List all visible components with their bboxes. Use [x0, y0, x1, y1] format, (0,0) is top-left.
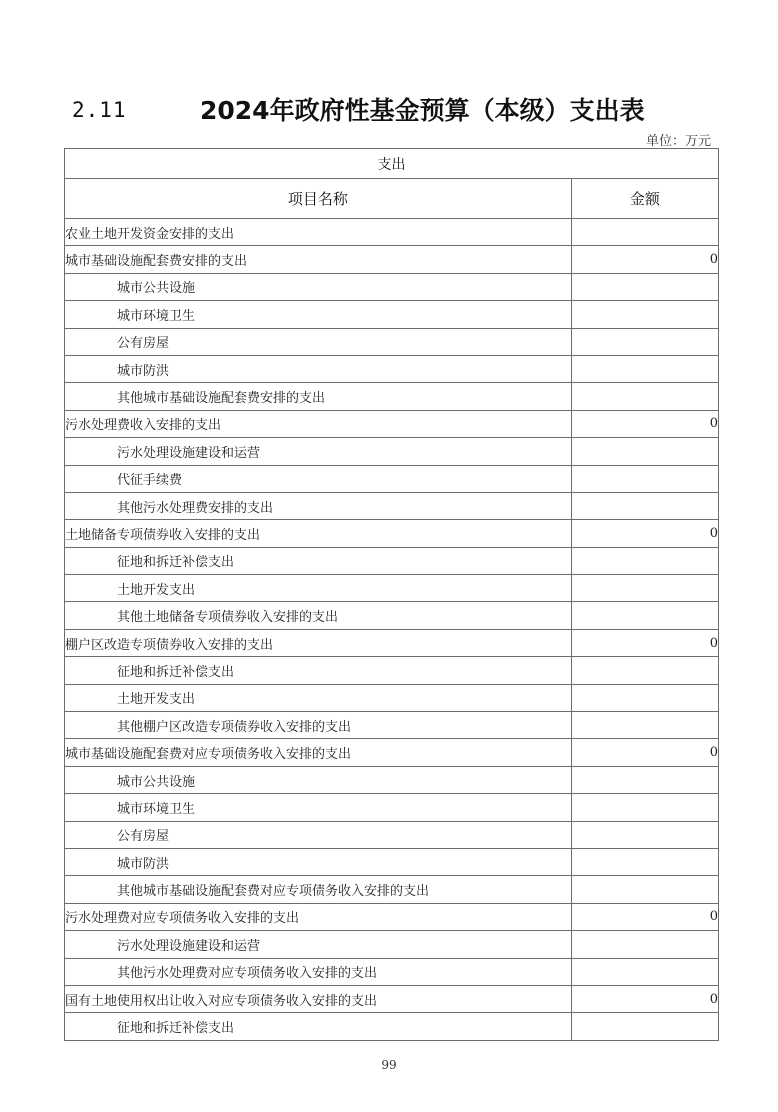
amount-cell [571, 383, 718, 410]
amount-cell [571, 958, 718, 985]
amount-cell: 0 [571, 410, 718, 437]
item-name-cell: 土地开发支出 [65, 575, 572, 602]
item-name-cell: 征地和拆迁补偿支出 [65, 1013, 572, 1040]
column-header-item-name: 项目名称 [65, 179, 572, 219]
table-row: 城市环境卫生 [65, 301, 719, 328]
item-name-cell: 其他土地储备专项债券收入安排的支出 [65, 602, 572, 629]
amount-cell [571, 848, 718, 875]
amount-cell: 0 [571, 246, 718, 273]
item-name-cell: 污水处理费对应专项债务收入安排的支出 [65, 903, 572, 930]
table-row: 城市基础设施配套费对应专项债务收入安排的支出0 [65, 739, 719, 766]
table-row: 征地和拆迁补偿支出 [65, 547, 719, 574]
item-name-cell: 其他城市基础设施配套费对应专项债务收入安排的支出 [65, 876, 572, 903]
table-row: 城市防洪 [65, 355, 719, 382]
amount-cell [571, 602, 718, 629]
table-row: 城市防洪 [65, 848, 719, 875]
amount-cell [571, 492, 718, 519]
item-name-cell: 污水处理费收入安排的支出 [65, 410, 572, 437]
item-name-cell: 代征手续费 [65, 465, 572, 492]
amount-cell [571, 931, 718, 958]
amount-cell: 0 [571, 739, 718, 766]
item-name-cell: 城市防洪 [65, 848, 572, 875]
amount-cell [571, 657, 718, 684]
table-row: 土地储备专项债券收入安排的支出0 [65, 520, 719, 547]
table-row: 其他污水处理费对应专项债务收入安排的支出 [65, 958, 719, 985]
item-name-cell: 城市公共设施 [65, 273, 572, 300]
table-row: 其他城市基础设施配套费安排的支出 [65, 383, 719, 410]
table-row: 污水处理费对应专项债务收入安排的支出0 [65, 903, 719, 930]
page-title: 2024年政府性基金预算（本级）支出表 [200, 91, 650, 127]
item-name-cell: 其他棚户区改造专项债券收入安排的支出 [65, 712, 572, 739]
table-row: 城市环境卫生 [65, 794, 719, 821]
amount-cell [571, 876, 718, 903]
amount-cell [571, 301, 718, 328]
table-row: 污水处理费收入安排的支出0 [65, 410, 719, 437]
table-row: 农业土地开发资金安排的支出 [65, 219, 719, 246]
table-row: 棚户区改造专项债券收入安排的支出0 [65, 629, 719, 656]
table-row: 征地和拆迁补偿支出 [65, 657, 719, 684]
item-name-cell: 污水处理设施建设和运营 [65, 438, 572, 465]
amount-cell [571, 684, 718, 711]
item-name-cell: 土地储备专项债券收入安排的支出 [65, 520, 572, 547]
item-name-cell: 国有土地使用权出让收入对应专项债务收入安排的支出 [65, 985, 572, 1012]
amount-cell [571, 328, 718, 355]
item-name-cell: 其他污水处理费对应专项债务收入安排的支出 [65, 958, 572, 985]
amount-cell [571, 465, 718, 492]
amount-cell [571, 355, 718, 382]
group-header-expenditure: 支出 [65, 149, 719, 179]
amount-cell [571, 712, 718, 739]
amount-cell [571, 438, 718, 465]
table-row: 其他城市基础设施配套费对应专项债务收入安排的支出 [65, 876, 719, 903]
amount-cell: 0 [571, 520, 718, 547]
item-name-cell: 征地和拆迁补偿支出 [65, 657, 572, 684]
table-row: 城市基础设施配套费安排的支出0 [65, 246, 719, 273]
table-row: 土地开发支出 [65, 575, 719, 602]
item-name-cell: 城市基础设施配套费安排的支出 [65, 246, 572, 273]
item-name-cell: 土地开发支出 [65, 684, 572, 711]
table-row: 城市公共设施 [65, 273, 719, 300]
budget-expenditure-table: 支出 项目名称 金额 农业土地开发资金安排的支出城市基础设施配套费安排的支出0城… [64, 148, 719, 1041]
item-name-cell: 城市基础设施配套费对应专项债务收入安排的支出 [65, 739, 572, 766]
item-name-cell: 农业土地开发资金安排的支出 [65, 219, 572, 246]
amount-cell [571, 273, 718, 300]
table-row: 征地和拆迁补偿支出 [65, 1013, 719, 1040]
table-row: 城市公共设施 [65, 766, 719, 793]
item-name-cell: 公有房屋 [65, 328, 572, 355]
table-row: 污水处理设施建设和运营 [65, 931, 719, 958]
amount-cell [571, 575, 718, 602]
table-row: 其他棚户区改造专项债券收入安排的支出 [65, 712, 719, 739]
amount-cell [571, 1013, 718, 1040]
table-row: 污水处理设施建设和运营 [65, 438, 719, 465]
table-row: 土地开发支出 [65, 684, 719, 711]
amount-cell: 0 [571, 629, 718, 656]
table-body: 农业土地开发资金安排的支出城市基础设施配套费安排的支出0城市公共设施城市环境卫生… [65, 219, 719, 1041]
amount-cell [571, 219, 718, 246]
table-row: 其他土地储备专项债券收入安排的支出 [65, 602, 719, 629]
item-name-cell: 棚户区改造专项债券收入安排的支出 [65, 629, 572, 656]
page-number: 99 [0, 1058, 778, 1072]
item-name-cell: 城市公共设施 [65, 766, 572, 793]
table-row: 其他污水处理费安排的支出 [65, 492, 719, 519]
table-row: 代征手续费 [65, 465, 719, 492]
item-name-cell: 其他污水处理费安排的支出 [65, 492, 572, 519]
amount-cell: 0 [571, 985, 718, 1012]
unit-label: 单位：万元 [646, 130, 711, 149]
amount-cell [571, 821, 718, 848]
amount-cell [571, 794, 718, 821]
item-name-cell: 污水处理设施建设和运营 [65, 931, 572, 958]
table-row: 国有土地使用权出让收入对应专项债务收入安排的支出0 [65, 985, 719, 1012]
item-name-cell: 其他城市基础设施配套费安排的支出 [65, 383, 572, 410]
section-number: 2.11 [72, 98, 127, 122]
table-row: 公有房屋 [65, 328, 719, 355]
item-name-cell: 征地和拆迁补偿支出 [65, 547, 572, 574]
item-name-cell: 城市环境卫生 [65, 301, 572, 328]
amount-cell [571, 766, 718, 793]
item-name-cell: 公有房屋 [65, 821, 572, 848]
table-row: 公有房屋 [65, 821, 719, 848]
column-header-amount: 金额 [571, 179, 718, 219]
amount-cell [571, 547, 718, 574]
item-name-cell: 城市防洪 [65, 355, 572, 382]
amount-cell: 0 [571, 903, 718, 930]
item-name-cell: 城市环境卫生 [65, 794, 572, 821]
